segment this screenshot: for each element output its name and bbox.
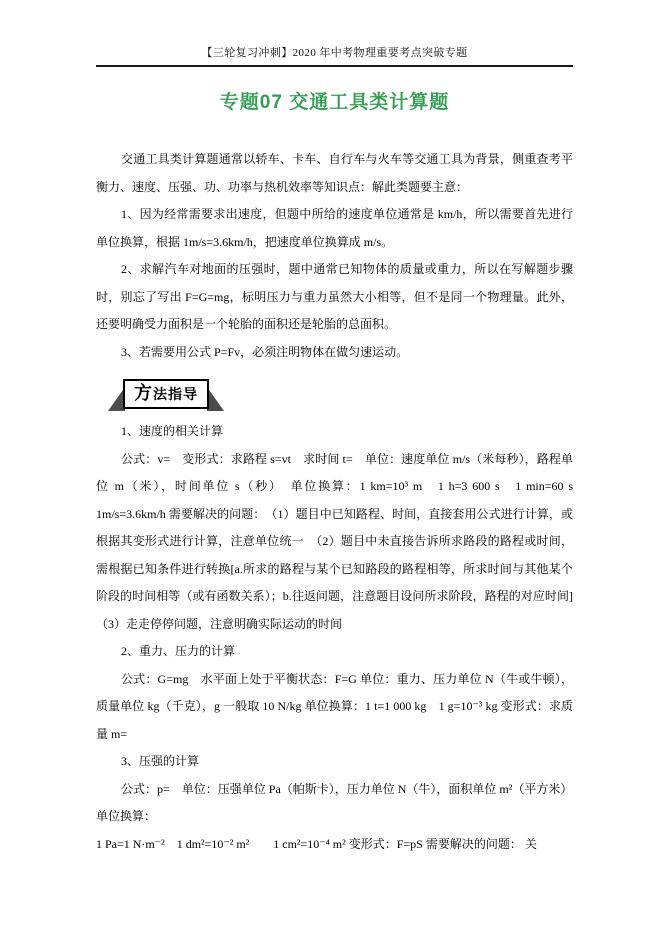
section-pressure-line-1: 公式：p= 单位：压强单位 Pa（帕斯卡），压力单位 N（牛），面积单位 m²（… xyxy=(96,776,573,804)
section-gravity-title: 2、重力、压力的计算 xyxy=(96,638,573,666)
ribbon-right-ornament xyxy=(207,387,224,411)
section-pressure-line-2: 单位换算： xyxy=(96,803,573,831)
section-gravity-body: 公式：G=mg 水平面上处于平衡状态：F=G 单位：重力、压力单位 N（牛或牛顿… xyxy=(96,666,573,749)
document-page: 【三轮复习冲刺】2020 年中考物理重要考点突破专题 专题07 交通工具类计算题… xyxy=(0,0,661,935)
intro-point-3: 3、若需要用公式 P=Fv，必须注明物体在做匀速运动。 xyxy=(96,339,573,367)
section-speed-body: 公式：v= 变形式：求路程 s=vt 求时间 t= 单位：速度单位 m/s（米每… xyxy=(96,446,573,639)
method-guide-badge-box: 方法指导 xyxy=(123,379,209,409)
doc-header-text: 【三轮复习冲刺】2020 年中考物理重要考点突破专题 xyxy=(201,47,467,59)
intro-point-2: 2、求解汽车对地面的压强时，题中通常已知物体的质量或重力，所以在写解题步骤时，别… xyxy=(96,256,573,339)
method-guide-badge: 方法指导 xyxy=(108,379,573,411)
doc-header: 【三轮复习冲刺】2020 年中考物理重要考点突破专题 xyxy=(96,0,573,67)
document-body: 交通工具类计算题通常以轿车、卡车、自行车与火车等交通工具为背景，侧重查考平衡力、… xyxy=(96,146,573,858)
section-pressure-line-3: 1 Pa=1 N·m⁻² 1 dm²=10⁻² m² 1 cm²=10⁻⁴ m²… xyxy=(96,831,573,859)
section-speed-title: 1、速度的相关计算 xyxy=(96,418,573,446)
method-guide-badge-label: 方法指导 xyxy=(134,384,198,403)
document-content: 【三轮复习冲刺】2020 年中考物理重要考点突破专题 专题07 交通工具类计算题… xyxy=(96,0,573,858)
intro-point-1: 1、因为经常需要求出速度，但题中所给的速度单位通常是 km/h，所以需要首先进行… xyxy=(96,201,573,256)
page-title: 专题07 交通工具类计算题 xyxy=(96,87,573,114)
intro-overview: 交通工具类计算题通常以轿车、卡车、自行车与火车等交通工具为背景，侧重查考平衡力、… xyxy=(96,146,573,201)
section-pressure-title: 3、压强的计算 xyxy=(96,748,573,776)
